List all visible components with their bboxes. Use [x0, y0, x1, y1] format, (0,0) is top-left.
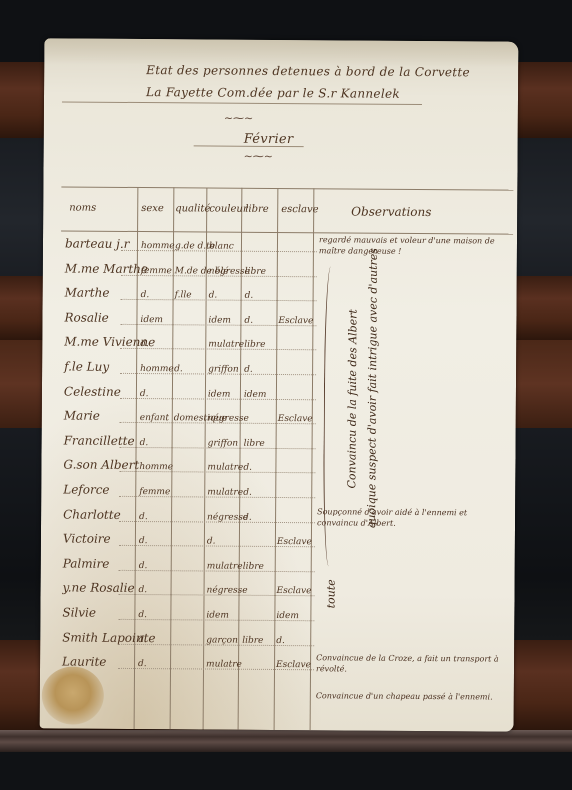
table-top-rule [61, 186, 513, 190]
cell-name: y.ne Rosalie [63, 581, 135, 596]
observation-vertical-2: quoique suspect d'avoir fait intrigue av… [365, 248, 380, 529]
column-header-sexe: sexe [141, 203, 164, 214]
cell-esclave: d. [276, 636, 285, 646]
flourish: ~⁓~ [244, 150, 274, 163]
cell-name: Charlotte [63, 507, 121, 521]
cell-libre: libre [243, 562, 264, 572]
cell-couleur: garçon [206, 635, 238, 645]
observation-bottom-2: Convaincue d'un chapeau passé à l'ennemi… [316, 690, 506, 702]
column-divider [310, 188, 315, 730]
cell-couleur: mulatre [207, 488, 243, 498]
cell-sexe: d. [138, 659, 147, 669]
document-subtitle: Février [244, 132, 294, 147]
cell-libre: libre [245, 266, 266, 276]
cell-sexe: homme [140, 364, 174, 374]
cell-name: Palmire [63, 556, 110, 570]
cell-couleur: griffon [208, 438, 239, 448]
observation-bottom-1: Convaincue de la Croze, a fait un transp… [316, 652, 506, 675]
cell-name: Laurite [62, 655, 106, 669]
column-header-couleur: couleur [209, 204, 247, 215]
cell-couleur: d. [209, 291, 218, 301]
cell-name: Marie [64, 409, 100, 423]
cell-sexe: d. [141, 290, 150, 300]
cell-sexe: femme [139, 487, 170, 497]
cell-esclave: idem [276, 611, 299, 621]
cell-couleur: négresse [207, 586, 248, 596]
cell-name: Leforce [63, 482, 109, 496]
cell-name: M.me Marthe [65, 261, 148, 276]
cell-esclave: Esclave [277, 586, 312, 596]
cell-name: barteau j.r [65, 237, 130, 251]
title-rule [62, 101, 422, 105]
cell-libre: d. [243, 463, 252, 473]
cell-couleur: idem [208, 315, 231, 325]
cell-couleur: idem [208, 389, 231, 399]
cell-sexe: idem [140, 315, 163, 325]
cell-couleur: griffon [208, 365, 239, 375]
observation-vertical-1: Convaincu de la fuite des Albert [345, 309, 359, 488]
cell-sexe: d. [138, 635, 147, 645]
cell-couleur: d. [207, 537, 216, 547]
cell-sexe: d. [140, 339, 149, 349]
document-title-line-1: Etat des personnes detenues à bord de la… [146, 63, 470, 79]
cell-libre: d. [243, 512, 252, 522]
cell-esclave: Esclave [278, 414, 313, 424]
flourish: ~⁓~ [224, 112, 254, 125]
cell-couleur: négresse [208, 414, 249, 424]
cell-couleur: mulatre [207, 561, 243, 571]
cell-libre: idem [244, 389, 267, 399]
cell-name: f.le Luy [64, 359, 109, 373]
cell-couleur: négresse [207, 512, 248, 522]
cell-libre: d. [244, 316, 253, 326]
cell-sexe: d. [140, 438, 149, 448]
cell-name: Victoire [63, 532, 111, 546]
cell-libre: d. [244, 365, 253, 375]
cell-libre: libre [242, 635, 263, 645]
cell-couleur: idem [206, 610, 229, 620]
cell-couleur: négresse [209, 266, 250, 276]
cell-libre: d. [245, 291, 254, 301]
cell-couleur: mulatre [207, 463, 243, 473]
column-header-qualite: qualité [175, 203, 210, 214]
cell-couleur: mulatre [206, 660, 242, 670]
cell-sexe: homme [141, 241, 175, 251]
cell-esclave: Esclave [276, 660, 311, 670]
column-header-libre: libre [245, 204, 269, 215]
cell-sexe: enfant [140, 413, 169, 423]
document-title-line-2: La Fayette Com.dée par le S.r Kannelek [146, 85, 400, 101]
observation-top: regardé mauvais et voleur d'une maison d… [319, 234, 509, 257]
cell-sexe: homme [139, 462, 173, 472]
floor-shadow [0, 752, 572, 790]
column-header-observations: Observations [351, 205, 431, 220]
cell-sexe: d. [139, 512, 148, 522]
dotted-leader [121, 299, 317, 301]
cell-esclave: Esclave [277, 537, 312, 547]
cell-name: Rosalie [64, 310, 108, 324]
observation-vertical-3: toute [324, 579, 337, 608]
cell-name: Celestine [64, 384, 121, 398]
cell-sexe: d. [139, 536, 148, 546]
cell-name: Silvie [62, 605, 96, 619]
cell-name: Marthe [65, 286, 110, 300]
cell-sexe: d. [138, 610, 147, 620]
display-rail [0, 730, 572, 752]
cell-qualite: f.lle [175, 290, 192, 300]
cell-qualite: d. [174, 364, 183, 374]
manuscript-page: Etat des personnes detenues à bord de la… [40, 38, 519, 731]
cell-couleur: mulatre [208, 340, 244, 350]
cell-sexe: femme [141, 266, 172, 276]
cell-esclave: Esclave [278, 316, 313, 326]
column-header-noms: noms [69, 203, 96, 214]
cell-sexe: d. [140, 389, 149, 399]
cell-sexe: d. [139, 585, 148, 595]
cell-couleur: blanc [209, 242, 234, 252]
cell-sexe: d. [139, 561, 148, 571]
cell-libre: d. [243, 488, 252, 498]
observation-middle: Soupçonné d'avoir aidé à l'ennemi et con… [317, 506, 507, 529]
cell-libre: libre [244, 340, 265, 350]
register-table: noms sexe qualité couleur libre esclave … [58, 186, 514, 731]
column-header-esclave: esclave [281, 204, 318, 215]
cell-name: G.son Albert [63, 458, 139, 473]
column-divider [274, 188, 279, 730]
header-rule [61, 230, 513, 234]
cell-libre: libre [244, 439, 265, 449]
cell-name: Francillette [64, 433, 135, 447]
